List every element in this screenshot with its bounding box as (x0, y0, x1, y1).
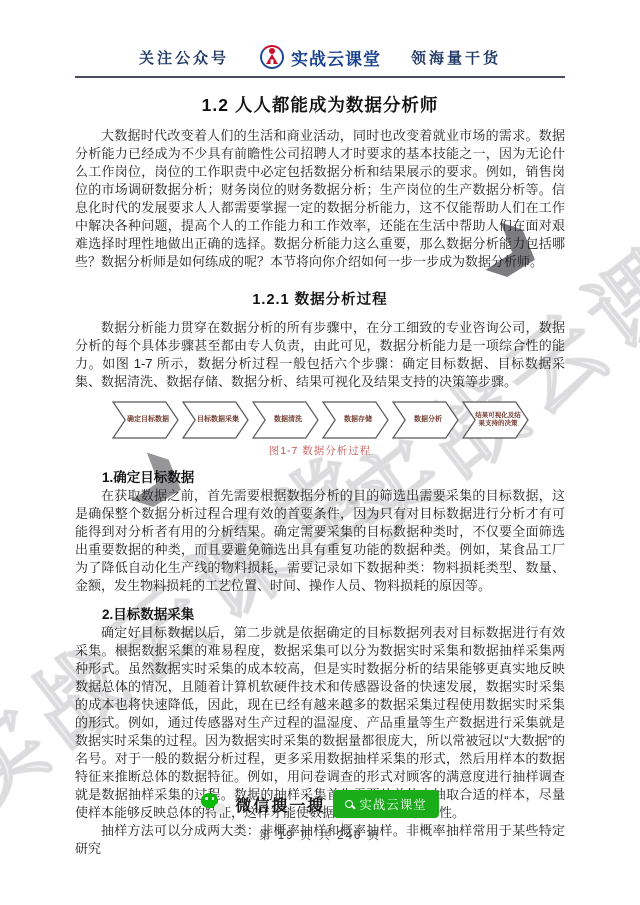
process-flow-diagram: 确定目标数据 目标数据采集 数据清洗 数据存储 数据分析 结果可视化及结果支持的… (0, 401, 640, 439)
subsection-1-heading: 1.确定目标数据 (75, 466, 565, 486)
brand-name: 实战云课堂 (291, 45, 381, 70)
flow-step-label: 结果可视化及结果支持的决策 (462, 401, 529, 439)
page-footer: 微信搜一搜 实战云课堂 第 19 页 共 246 页 (0, 790, 640, 843)
header-right-text: 领海量干货 (411, 47, 501, 70)
flow-step-label: 确定目标数据 (112, 401, 179, 439)
flow-step-label: 数据清洗 (252, 401, 319, 439)
wechat-search-label: 微信搜一搜 (235, 793, 325, 816)
search-icon (345, 800, 353, 808)
wechat-search-bar: 微信搜一搜 实战云课堂 (0, 790, 640, 818)
document-page: 实战云课堂 实战云课堂 关注公众号 实战云课堂 领海量干货 1.2 人人都能成为… (0, 0, 640, 905)
section-paragraph: 数据分析能力贯穿在数据分析的所有步骤中，在分工细致的专业咨询公司，数据分析的每个… (75, 319, 565, 391)
wechat-search-button[interactable]: 实战云课堂 (333, 790, 439, 818)
flow-step: 结果可视化及结果支持的决策 (462, 401, 529, 439)
flow-step-label: 数据分析 (392, 401, 459, 439)
header-left-text: 关注公众号 (139, 47, 229, 70)
wechat-icon (201, 793, 227, 815)
flow-step: 确定目标数据 (112, 401, 179, 439)
paragraph-intro: 大数据时代改变着人们的生活和商业活动，同时也改变着就业市场的需求。数据分析能力已… (75, 127, 565, 271)
figure-caption: 图1-7 数据分析过程 (0, 443, 640, 458)
flow-step: 数据分析 (392, 401, 459, 439)
page-header: 关注公众号 实战云课堂 领海量干货 (75, 0, 565, 78)
brand-logo-icon (259, 44, 285, 70)
chapter-title: 1.2 人人都能成为数据分析师 (0, 92, 640, 117)
flow-step: 目标数据采集 (182, 401, 249, 439)
flow-step: 数据存储 (322, 401, 389, 439)
subsection-2-heading: 2.目标数据采集 (75, 603, 565, 623)
page-number: 第 19 页 共 246 页 (0, 827, 640, 843)
flow-step-label: 数据存储 (322, 401, 389, 439)
flow-step: 数据清洗 (252, 401, 319, 439)
section-heading: 1.2.1 数据分析过程 (0, 288, 640, 309)
subsection-1-paragraph: 在获取数据之前，首先需要根据数据分析的目的筛选出需要采集的目标数据，这是确保整个… (75, 487, 565, 595)
wechat-search-button-label: 实战云课堂 (359, 795, 427, 813)
flow-step-label: 目标数据采集 (182, 401, 249, 439)
brand-logo: 实战云课堂 (259, 44, 381, 70)
